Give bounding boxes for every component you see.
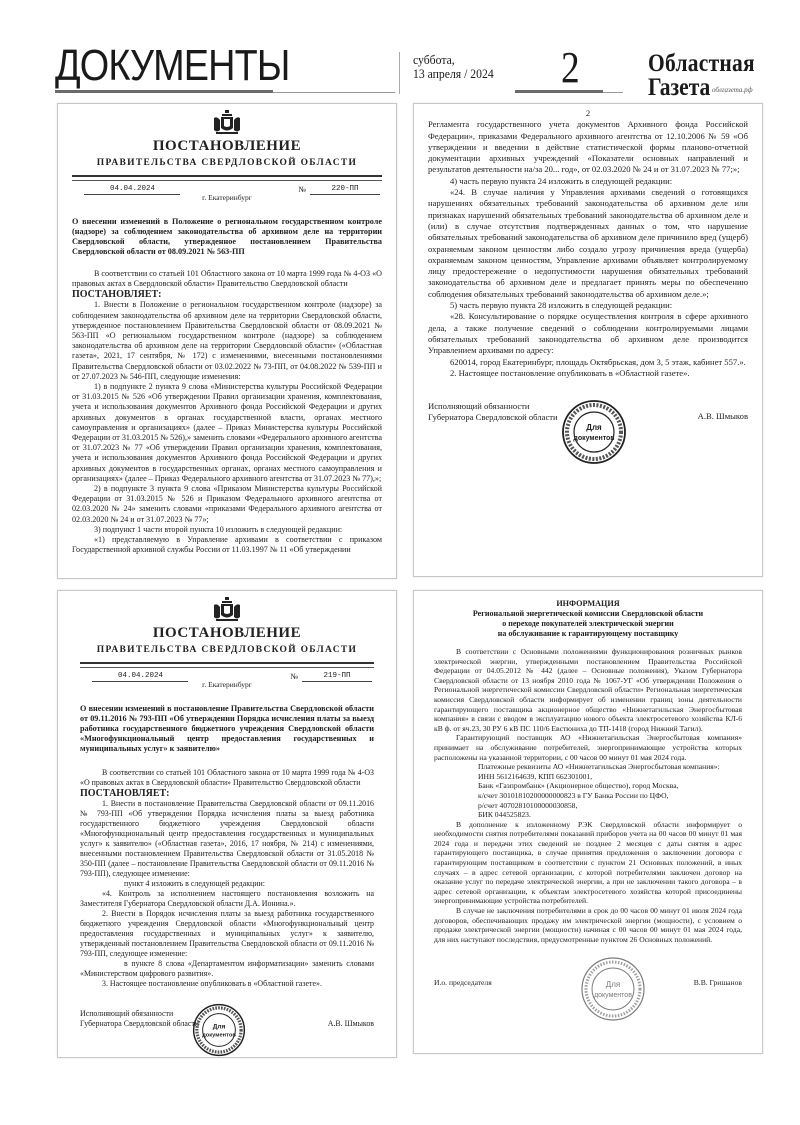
document-meta: 04.04.2024 № 220-ПП г. Екатеринбург: [72, 181, 382, 203]
paragraph-3: 3. Настоящее постановление опубликовать …: [80, 979, 374, 989]
stamp-icon: Для документов: [561, 399, 627, 465]
document-heading-2: о переходе покупателей электрической эне…: [434, 619, 742, 629]
paragraph-1: В соответствии с Основными положениями ф…: [434, 647, 742, 733]
svg-text:Для: Для: [586, 423, 602, 432]
signer-name: А.В. Шмыков: [328, 1019, 374, 1029]
stamp-icon: Для документов: [192, 1003, 246, 1057]
requisites-line: Банк «Газпромбанк» (Акционерное общество…: [434, 781, 742, 791]
page-number-rule: [515, 90, 603, 93]
paragraph-1-quote: «4. Контроль за исполнением настоящего п…: [80, 889, 374, 909]
document-resolution-220: ПОСТАНОВЛЕНИЕ ПРАВИТЕЛЬСТВА СВЕРДЛОВСКОЙ…: [57, 103, 397, 579]
newspaper-logo-line2: Газета: [648, 76, 710, 100]
signature-block: И.о. председателя В.В. Гришанов Для доку…: [434, 956, 742, 1036]
document-meta: 04.04.2024 № 219-ПП г. Екатеринбург: [80, 668, 374, 690]
paragraph-continued: Регламента государственного учета докуме…: [428, 119, 748, 175]
stamp-icon: Для документов: [580, 956, 646, 1022]
paragraph-2: Гарантирующий поставщик АО «Нижнетагильс…: [434, 733, 742, 762]
paragraph-intro: В соответствии со статьей 101 Областного…: [80, 768, 374, 788]
masthead-divider: [399, 52, 400, 94]
document-title: ПОСТАНОВЛЕНИЕ: [72, 138, 382, 154]
signature-block: Исполняющий обязанности Губернатора Свер…: [428, 401, 748, 471]
svg-text:Для: Для: [213, 1023, 226, 1030]
requisites-line: БИК 044525823.: [434, 810, 742, 820]
paragraph-1-1: 1) в подпункте 2 пункта 9 слова «Министе…: [72, 382, 382, 484]
newspaper-logo-line1: Областная: [648, 52, 755, 76]
issue-day: суббота,: [413, 53, 455, 67]
document-heading: О внесении изменений в постановление Пра…: [80, 704, 374, 754]
paragraph-1: 1. Внести в Положение о региональном гос…: [72, 300, 382, 382]
paragraph-4: 4) часть первую пункта 24 изложить в сле…: [428, 176, 748, 187]
signature-block: Исполняющий обязанности Губернатора Свер…: [80, 1009, 374, 1058]
signer-name: А.В. Шмыков: [698, 411, 748, 422]
paragraph-intro: В соответствии со статьей 101 Областного…: [72, 269, 382, 289]
document-heading: О внесении изменений в Положение о регио…: [72, 217, 382, 257]
address: 620014, город Екатеринбург, площадь Октя…: [428, 357, 748, 368]
paragraph-2: 2. Настоящее постановление опубликовать …: [428, 368, 748, 379]
signer-name: В.В. Гришанов: [694, 978, 742, 988]
paragraph-1-3: 3) подпункт 1 части второй пункта 10 изл…: [72, 525, 382, 535]
requisites-line: Платежные реквизиты АО «Нижнетагильская …: [434, 762, 742, 772]
document-city: г. Екатеринбург: [80, 680, 374, 690]
document-resolution-220-page-2: 2 Регламента государственного учета доку…: [413, 103, 763, 577]
newspaper-url: облгазета.рф: [712, 86, 753, 94]
paragraph-1-3-quote: «1) представляемую в Управление архивами…: [72, 535, 382, 555]
section-title: ДОКУМЕНТЫ: [55, 44, 290, 88]
svg-text:документов: документов: [202, 1033, 236, 1039]
document-city: г. Екатеринбург: [72, 193, 382, 203]
paragraph-2: 2. Внести в Порядок исчисления платы за …: [80, 909, 374, 959]
signer-title: И.о. председателя: [434, 978, 492, 988]
resolves-label: ПОСТАНОВЛЯЕТ:: [72, 289, 382, 300]
signer-title: Исполняющий обязанности: [80, 1009, 199, 1019]
page-number: 2: [561, 46, 580, 90]
requisites-line: к/счет 30101810200000000823 в ГУ Банка Р…: [434, 791, 742, 801]
paragraph-4-quote: «24. В случае наличия у Управления архив…: [428, 187, 748, 300]
document-heading-1: Региональной энергетической комиссии Све…: [434, 609, 742, 619]
document-title: ПОСТАНОВЛЕНИЕ: [80, 625, 374, 641]
signer-title-2: Губернатора Свердловской области: [80, 1019, 199, 1029]
requisites-line: р/счет 40702810100000030858,: [434, 801, 742, 811]
signer-title: Исполняющий обязанности: [428, 401, 558, 412]
requisites-line: ИНН 5612164639, КПП 662301001,: [434, 772, 742, 782]
paragraph-5: 5) часть первую пункта 28 изложить в сле…: [428, 300, 748, 311]
svg-text:Для: Для: [606, 980, 620, 989]
document-subtitle: ПРАВИТЕЛЬСТВА СВЕРДЛОВСКОЙ ОБЛАСТИ: [80, 644, 374, 656]
paragraph-5-quote: «28. Консультирование о порядке осуществ…: [428, 311, 748, 356]
resolves-label: ПОСТАНОВЛЯЕТ:: [80, 788, 374, 799]
paragraph-1: 1. Внести в постановление Правительства …: [80, 799, 374, 879]
document-resolution-219: ПОСТАНОВЛЕНИЕ ПРАВИТЕЛЬСТВА СВЕРДЛОВСКОЙ…: [57, 590, 397, 1058]
svg-text:документов: документов: [594, 992, 632, 999]
page-number-rule-thin: [603, 92, 623, 93]
masthead-rule: [55, 90, 273, 93]
paragraph-1-2: 2) в подпункте 3 пункта 9 слова «Приказо…: [72, 484, 382, 525]
paragraph-1-a: пункт 4 изложить в следующей редакции:: [80, 879, 374, 889]
coat-of-arms-icon: [212, 110, 242, 136]
masthead: ДОКУМЕНТЫ суббота, 13 апреля / 2024 2 Об…: [0, 0, 800, 98]
page-marker: 2: [428, 108, 748, 119]
document-heading-3: на обслуживание к гарантирующему поставщ…: [434, 629, 742, 639]
document-rek-information: ИНФОРМАЦИЯ Региональной энергетической к…: [413, 590, 763, 1054]
svg-text:документов: документов: [573, 435, 615, 442]
paragraph-2-a: в пункте 8 слова «Департаментом информат…: [80, 959, 374, 979]
paragraph-3: В дополнение к изложенному РЭК Свердловс…: [434, 820, 742, 906]
document-title: ИНФОРМАЦИЯ: [434, 599, 742, 609]
document-subtitle: ПРАВИТЕЛЬСТВА СВЕРДЛОВСКОЙ ОБЛАСТИ: [72, 157, 382, 169]
masthead-rule-thin: [273, 92, 395, 93]
issue-date: 13 апреля / 2024: [413, 67, 494, 81]
signer-title-2: Губернатора Свердловской области: [428, 412, 558, 423]
paragraph-4: В случае не заключения потребителями в с…: [434, 906, 742, 944]
coat-of-arms-icon: [212, 597, 242, 623]
